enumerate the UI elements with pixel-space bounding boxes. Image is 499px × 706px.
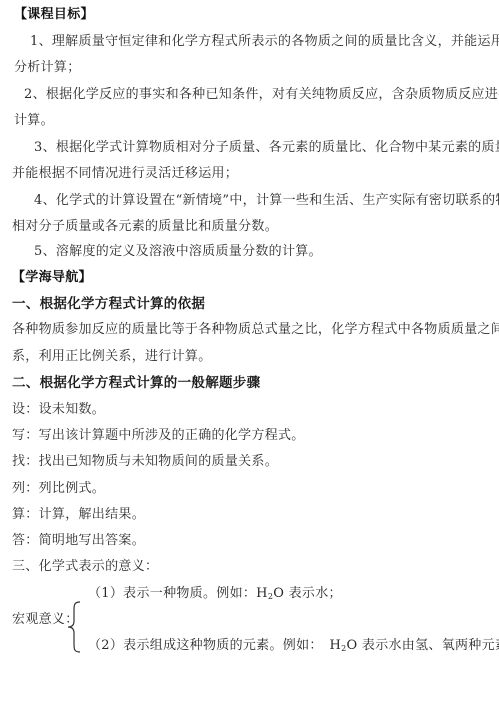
objective-4-line2: 相对分子质量或各元素的质量比和质量分数。 (12, 219, 278, 235)
course-objectives-title: 【课程目标】 (14, 7, 94, 23)
objective-2-line1: 2、根据化学反应的事实和各种已知条件，对有关纯物质反应，含杂质物质反应进行分析和 (24, 87, 499, 103)
objective-4-line1: 4、化学式的计算设置在“新情境”中，计算一些和生活、生产实际有密切联系的物质的 (34, 193, 499, 209)
meaning-2-suffix: O 表示水由氢、氧两种元素组成； (347, 638, 499, 653)
step-set: 设：设未知数。 (12, 402, 105, 418)
meaning-1: （1）表示一种物质。例如：H2O 表示水； (88, 586, 342, 605)
part3-heading: 三、化学式表示的意义： (12, 559, 158, 575)
curly-brace-icon (66, 601, 82, 653)
objective-1-line1: 1、理解质量守恒定律和化学方程式所表示的各物质之间的质量比含义，并能运用它们进行 (30, 34, 499, 50)
objective-3-line2: 并能根据不同情况进行灵活迁移运用； (12, 166, 238, 182)
step-calculate: 算：计算，解出结果。 (12, 507, 145, 523)
objective-3-line1: 3、根据化学式计算物质相对分子质量、各元素的质量比、化合物中某元素的质量分数， (34, 140, 499, 156)
part1-body-line2: 系，利用正比例关系，进行计算。 (12, 349, 212, 365)
meaning-2: （2）表示组成这种物质的元素。例如： H2O 表示水由氢、氧两种元素组成； (88, 638, 499, 657)
meaning-1-prefix: （1）表示一种物质。例如：H (88, 586, 268, 601)
step-answer: 答：简明地写出答案。 (12, 533, 145, 549)
step-write: 写：写出该计算题中所涉及的正确的化学方程式。 (12, 428, 305, 444)
part2-heading: 二、根据化学方程式计算的一般解题步骤 (12, 375, 260, 391)
part1-heading: 一、根据化学方程式计算的依据 (12, 296, 205, 312)
step-find: 找：找出已知物质与未知物质间的质量关系。 (12, 454, 278, 470)
objective-1-line2: 分析计算； (14, 60, 81, 76)
meaning-1-suffix: O 表示水； (273, 586, 342, 601)
objective-2-line2: 计算。 (14, 113, 54, 129)
objective-5: 5、溶解度的定义及溶液中溶质质量分数的计算。 (34, 244, 322, 260)
step-list: 列：列比例式。 (12, 481, 105, 497)
meaning-2-prefix: （2）表示组成这种物质的元素。例如： H (88, 638, 341, 653)
study-navigation-title: 【学海导航】 (12, 270, 92, 286)
part1-body-line1: 各种物质参加反应的质量比等于各种物质总式量之比，化学方程式中各物质质量之间是正比… (12, 322, 499, 338)
